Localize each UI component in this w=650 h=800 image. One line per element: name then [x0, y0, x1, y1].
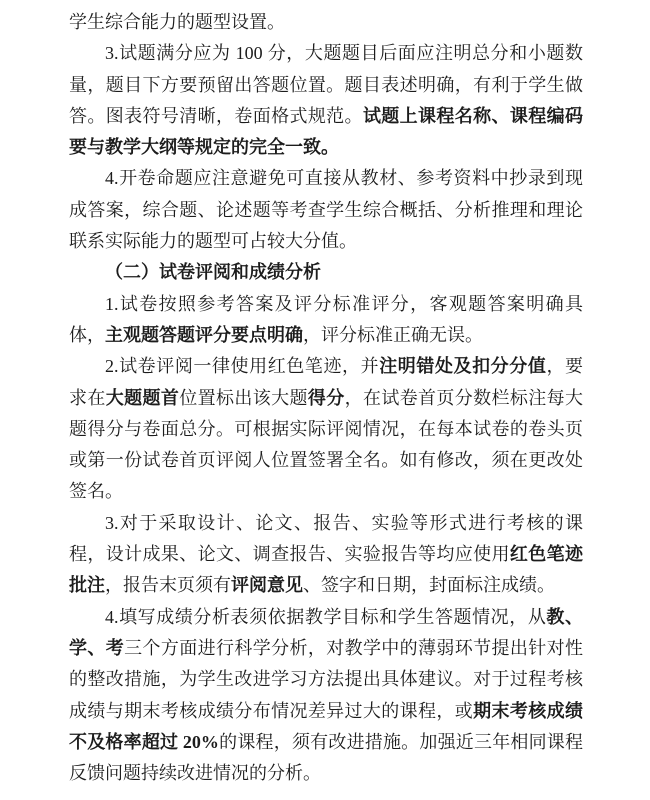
section-heading: （二）试卷评阅和成绩分析 — [69, 257, 583, 288]
text-run: 学生综合能力的题型设置。 — [69, 12, 285, 32]
text-run: 、签字和日期，封面标注成绩。 — [303, 575, 555, 595]
paragraph: 3.试题满分应为 100 分，大题题目后面应注明总分和小题数量，题目下方要预留出… — [69, 38, 583, 163]
bold-text-run: 注明错处及扣分分值 — [379, 356, 546, 376]
paragraph: 4.开卷命题应注意避免可直接从教材、参考资料中抄录到现成答案，综合题、论述题等考… — [69, 163, 583, 257]
text-run: 4.填写成绩分析表须依据教学目标和学生答题情况，从 — [105, 607, 546, 627]
text-run: ，报告末页须有 — [105, 575, 231, 595]
paragraph: 4.填写成绩分析表须依据教学目标和学生答题情况，从教、学、考三个方面进行科学分析… — [69, 602, 583, 790]
text-run: 位置标出该大题 — [179, 388, 308, 408]
bold-text-run: （二）试卷评阅和成绩分析 — [105, 262, 321, 282]
document-body: 学生综合能力的题型设置。3.试题满分应为 100 分，大题题目后面应注明总分和小… — [69, 7, 583, 789]
text-run: 3.对于采取设计、论文、报告、实验等形式进行考核的课程，设计成果、论文、调查报告… — [69, 513, 583, 564]
document-page: 学生综合能力的题型设置。3.试题满分应为 100 分，大题题目后面应注明总分和小… — [0, 0, 650, 800]
bold-text-run: 评阅意见 — [231, 575, 303, 595]
text-run: ，评分标准正确无误。 — [303, 325, 483, 345]
bold-text-run: 大题题首 — [106, 388, 179, 408]
paragraph: 2.试卷评阅一律使用红色笔迹，并注明错处及扣分分值，要求在大题题首位置标出该大题… — [69, 351, 583, 507]
bold-text-run: 主观题答题评分要点明确 — [105, 325, 303, 345]
bold-text-run: 得分 — [308, 388, 345, 408]
text-run: 2.试卷评阅一律使用红色笔迹，并 — [105, 356, 379, 376]
paragraph: 学生综合能力的题型设置。 — [69, 7, 583, 38]
paragraph: 3.对于采取设计、论文、报告、实验等形式进行考核的课程，设计成果、论文、调查报告… — [69, 508, 583, 602]
text-run: 4.开卷命题应注意避免可直接从教材、参考资料中抄录到现成答案，综合题、论述题等考… — [69, 168, 583, 251]
paragraph: 1.试卷按照参考答案及评分标准评分，客观题答案明确具体，主观题答题评分要点明确，… — [69, 289, 583, 352]
